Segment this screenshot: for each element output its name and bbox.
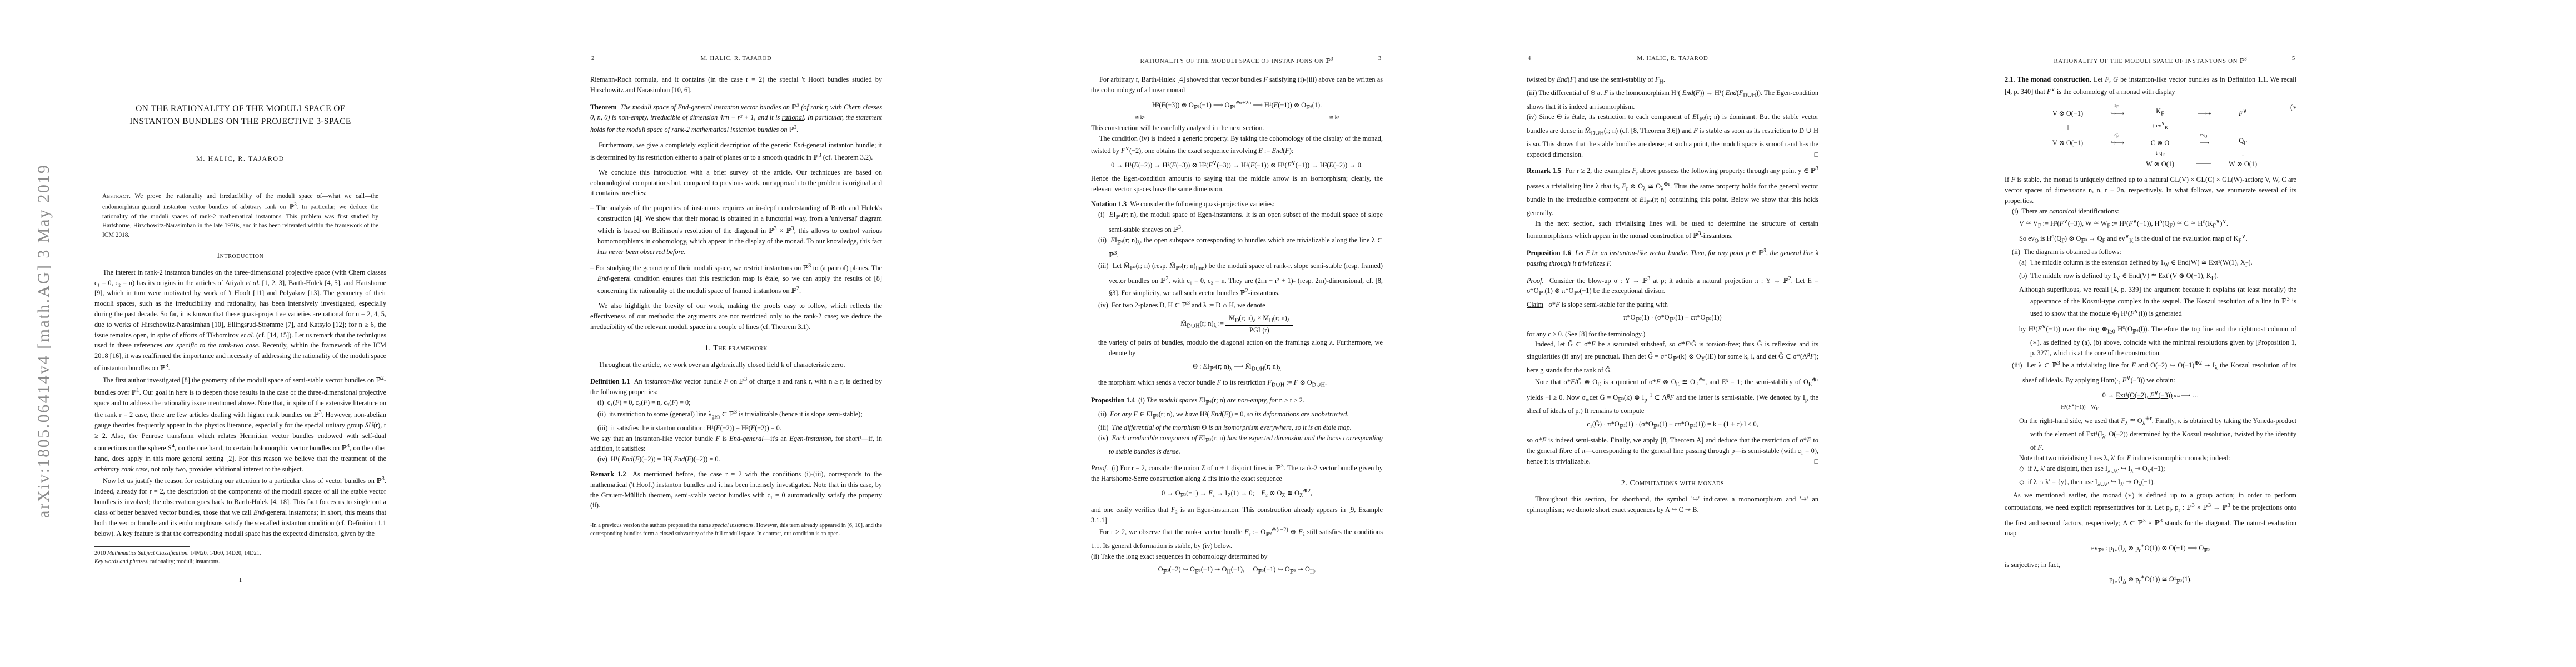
paper-authors: M. HALIC, R. TAJAROD bbox=[94, 153, 386, 164]
paragraph: Furthermore, we give a completely explic… bbox=[590, 140, 882, 163]
page-number: 3 bbox=[1378, 53, 1382, 64]
definition-item-iv: (iv) H¹( End(F)(−2)) = H²( End(F)(−2)) =… bbox=[590, 454, 882, 465]
notation-item-i: (i) EIℙ³(r; n), the moduli space of Egen… bbox=[1091, 210, 1383, 235]
paragraph: Note that two trivialising lines λ, λ′ f… bbox=[2005, 453, 2296, 464]
paper-title: ON THE RATIONALITY OF THE MODULI SPACE O… bbox=[94, 102, 386, 128]
epi-arrow-icon: ⟶↠ bbox=[2183, 109, 2224, 118]
definition-1-1: Definition 1.1 An instanton-like vector … bbox=[590, 375, 882, 397]
paragraph: the variety of pairs of bundles, modulo … bbox=[1091, 337, 1383, 359]
down-arrow-icon: ↓ bbox=[2224, 150, 2262, 160]
monad-equation: H²(F(−3)) ⊗ Oℙ³(−1) ⟶ Oℙ³⊕r+2n ⟶ H¹(F(−1… bbox=[1091, 98, 1383, 113]
paragraph: twisted by End(F) and use the semi-stabi… bbox=[1527, 74, 1818, 88]
running-head-title: M. HALIC, R. TAJAROD bbox=[700, 55, 771, 62]
equation-tag: (∗) bbox=[2290, 103, 2296, 112]
diagram-row-1: V ⊗ O(−1) εF↪⟶ KF ⟶↠ F∨ bbox=[2040, 103, 2262, 119]
running-head: 2 M. HALIC, R. TAJAROD bbox=[590, 53, 882, 62]
section-heading-computations: 2. Computations with monads bbox=[1527, 478, 1818, 489]
paragraph: (ii) Take the long exact sequences in co… bbox=[1091, 551, 1383, 562]
remark-1-2: Remark 1.2 As mentioned before, the case… bbox=[590, 469, 882, 511]
intro-paragraph-3: Now let us justify the reason for restri… bbox=[94, 474, 386, 539]
equal-bar-icon: ‖ bbox=[2040, 123, 2096, 132]
hartshorne-serre-equation: 0 → Oℙ³(−1) → F₂ → IZ(1) → 0; F₂ ⊗ OZ ≅ … bbox=[1091, 486, 1383, 501]
projection-formula-equation: pl∗(IΔ ⊗ pr∗O(1)) ≅ Ω¹ℙ³(1). bbox=[2005, 573, 2296, 588]
paragraph: Hence the Egen-condition amounts to sayi… bbox=[1091, 173, 1383, 195]
down-arrow-icon: ↓ ev∨K bbox=[2137, 118, 2183, 132]
diagram-row-4: ↓ q̃F ↓ bbox=[2040, 148, 2262, 160]
notation-item-iii: (iii) Let M̄ℙ²(r; n) (resp. M̄ℙ²(r; n)li… bbox=[1091, 261, 1383, 298]
underbrace-right: ≅ kⁿ bbox=[1285, 115, 1383, 121]
diagram-cell: V ⊗ O(−1) bbox=[2040, 138, 2096, 148]
bullet-item: – For studying the geometry of their mod… bbox=[590, 261, 882, 296]
paper-spread: arXiv:1805.06414v4 [math.AG] 3 May 2019 … bbox=[0, 0, 2576, 667]
theorem: Theorem The moduli space of End-general … bbox=[590, 101, 882, 136]
footnote-rule bbox=[590, 519, 686, 519]
mono-arrow-icon: εF↪⟶ bbox=[2096, 103, 2137, 119]
paragraph: We also highlight the brevity of our wor… bbox=[590, 301, 882, 332]
paragraph: and one easily verifies that F₂ is an Eg… bbox=[1091, 505, 1383, 526]
diagram-row-2: ‖ ↓ ev∨K bbox=[2040, 118, 2262, 132]
bullet-item: – The analysis of the properties of inst… bbox=[590, 203, 882, 257]
diagram-cell: QF bbox=[2224, 136, 2262, 148]
footnote-1: ¹In a previous version the authors propo… bbox=[590, 522, 882, 538]
paragraph: (iii) The differential of Θ at F is the … bbox=[1527, 88, 1818, 112]
double-line-icon: ═══ bbox=[2183, 160, 2224, 169]
notation-item-iv: (iv) For two 2-planes D, H ⊂ ℙ3 and λ :=… bbox=[1091, 298, 1383, 311]
section-heading-framework: 1. The framework bbox=[590, 343, 882, 354]
underbrace-ext: = H¹(F∨(−1)) = WF bbox=[2005, 402, 2151, 412]
paragraph: This construction will be carefully anal… bbox=[1091, 123, 1383, 133]
running-head-title: M. HALIC, R. TAJAROD bbox=[1637, 55, 1708, 62]
section-heading-introduction: Introduction bbox=[94, 251, 386, 261]
paragraph: For arbitrary r, Barth-Hulek [4] showed … bbox=[1091, 74, 1383, 96]
property-item-ii-a: (a) The middle column is the extension d… bbox=[2005, 257, 2296, 271]
paragraph: for any c > 0. (See [8] for the terminol… bbox=[1527, 329, 1818, 340]
diagram-cell: KF bbox=[2137, 107, 2183, 118]
diagram-cell: W ⊗ O(1) bbox=[2137, 160, 2183, 169]
paragraph: For r > 2, we observe that the rank-r ve… bbox=[1091, 525, 1383, 551]
paragraph: On the right-hand side, we used that Fλ … bbox=[2005, 414, 2296, 453]
underbrace-labels: ≅ kⁿ ≅ kⁿ bbox=[1091, 115, 1383, 121]
paragraph: Throughout this section, for shorthand, … bbox=[1527, 494, 1818, 515]
underbrace-labels: = H¹(F∨(−1)) = WF bbox=[2005, 402, 2296, 412]
proposition-item-iii: (iii) The differential of the morphism Θ… bbox=[1091, 422, 1383, 433]
running-head: 4 M. HALIC, R. TAJAROD bbox=[1527, 53, 1818, 62]
degree-computation-equation: c₁(G̃) · π*Oℙ²(1) · (σ*Oℙ³(1) + cπ*Oℙ²(1… bbox=[1527, 419, 1818, 432]
page-1: ON THE RATIONALITY OF THE MODULI SPACE O… bbox=[94, 53, 386, 667]
property-item-ii-note-cont: by H¹(F∨(−1)) over the ring ⊕l≥0 H⁰(Oℙ³(… bbox=[2005, 322, 2296, 359]
keywords-footnote: Key words and phrases. rationality; modu… bbox=[94, 558, 386, 566]
paragraph: the morphism which sends a vector bundle… bbox=[1091, 377, 1383, 391]
remark-1-5: Remark 1.5 For r ≥ 2, the examples Fr ab… bbox=[1527, 164, 1818, 218]
notation-1-3: Notation 1.3 We consider the following q… bbox=[1091, 199, 1383, 210]
paragraph: As we mentioned earlier, the monad (∗) i… bbox=[2005, 490, 2296, 539]
subsection-2-1: 2.1. The monad construction. Let F, G be… bbox=[2005, 74, 2296, 97]
underbrace-left: ≅ kⁿ bbox=[1091, 115, 1188, 121]
paragraph: If F is stable, the monad is uniquely de… bbox=[2005, 175, 2296, 206]
property-item-ii-b: (b) The middle row is defined by 1V ∈ En… bbox=[2005, 271, 2296, 284]
restriction-sequences-equation: Oℙ³(−2) ↪ Oℙ³(−1) ↠ OH(−1), Oℙ³(−1) ↪ Oℙ… bbox=[1091, 564, 1383, 578]
proof-paragraph: Proof. Consider the blow-up σ : Y → ℙ3 a… bbox=[1527, 274, 1818, 300]
property-item-i-cont: So evQ is H⁰(QF) ⊗ Oℙ³ → QF and ev∨K is … bbox=[2005, 232, 2296, 247]
proof-paragraph: Proof. (i) For r = 2, consider the union… bbox=[1091, 461, 1383, 484]
proposition-item-iv: (iv) Each irreducible component of EIℙ³(… bbox=[1091, 433, 1383, 457]
claim-line: Claim σ*F is slope semi-stable for the p… bbox=[1527, 300, 1818, 310]
paragraph: Throughout the article, we work over an … bbox=[590, 360, 882, 370]
diagram-row-3: V ⊗ O(−1) ε̃F↪⟶ C ⊗ O evQ⟶ QF bbox=[2040, 132, 2262, 148]
quotient-equation: M̄D∪H(r; n)λ := M̄D(r; n)λ × M̄H(r; n)λP… bbox=[1091, 313, 1383, 335]
property-item-i: (i) There are canonical identifications: bbox=[2005, 206, 2296, 217]
paragraph: We conclude this introduction with a bri… bbox=[590, 167, 882, 198]
paragraph: (iv) Since Θ is étale, its restriction t… bbox=[1527, 112, 1818, 160]
property-item-ii-note: Although superfluous, we recall [4, p. 3… bbox=[2005, 285, 2296, 322]
definition-item-i: (i) c₁(F) = 0, c₂(F) = n, c₃(F) = 0; bbox=[590, 397, 882, 408]
arrow-icon: evQ⟶ bbox=[2183, 132, 2224, 148]
running-head-title: RATIONALITY OF THE MODULI SPACE OF INSTA… bbox=[2054, 58, 2248, 64]
page-2: 2 M. HALIC, R. TAJAROD Riemann-Roch form… bbox=[590, 53, 882, 667]
property-item-ii: (ii) The diagram is obtained as follows: bbox=[2005, 247, 2296, 257]
abstract: Abstract. We prove the rationality and i… bbox=[94, 192, 386, 240]
paragraph: so σ*F is indeed semi-stable. Finally, w… bbox=[1527, 435, 1818, 466]
diagram-cell: V ⊗ O(−1) bbox=[2040, 109, 2096, 118]
running-head-title: RATIONALITY OF THE MODULI SPACE OF INSTA… bbox=[1140, 58, 1334, 64]
proposition-item-ii: (ii) For any F ∈ EIℙ³(r; n), we have H²(… bbox=[1091, 409, 1383, 422]
page-number: 5 bbox=[2292, 53, 2295, 64]
page-number: 2 bbox=[591, 53, 595, 64]
diagram-cell: W ⊗ O(1) bbox=[2224, 160, 2262, 169]
paragraph: The condition (iv) is indeed a generic p… bbox=[1091, 133, 1383, 156]
down-arrow-icon: ↓ q̃F bbox=[2137, 148, 2183, 160]
page-4: 4 M. HALIC, R. TAJAROD twisted by End(F)… bbox=[1527, 53, 1818, 667]
page-number: 1 bbox=[94, 575, 386, 586]
monad-display-diagram: V ⊗ O(−1) εF↪⟶ KF ⟶↠ F∨ ‖ ↓ ev∨K V ⊗ O(−… bbox=[2040, 103, 2262, 170]
theta-map-equation: Θ : EIℙ³(r; n)λ ⟶ M̄D∪H(r; n)λ bbox=[1091, 361, 1383, 375]
mono-arrow-icon: ε̃F↪⟶ bbox=[2096, 132, 2137, 148]
ext-equation: 0 → Ext¹(O(−2), F∨(−3)) κ≅⟶ … bbox=[2005, 389, 2296, 401]
paragraph: Indeed, let G̃ ⊂ σ*F be a saturated subs… bbox=[1527, 339, 1818, 375]
diagram-cell: F∨ bbox=[2224, 107, 2262, 118]
page-number: 4 bbox=[1528, 53, 1531, 64]
running-head: RATIONALITY OF THE MODULI SPACE OF INSTA… bbox=[2005, 53, 2296, 62]
proposition-1-4: Proposition 1.4 (i) The moduli spaces EI… bbox=[1091, 395, 1383, 409]
diamond-item: ◇ if λ ∩ λ′ = {y}, then use Iλ∪λ′ ↪ Iλ′ … bbox=[2005, 477, 2296, 490]
evaluation-map-equation: evℙ³ : pl∗(IΔ ⊗ pr∗O(1)) ⊗ O(−1) ⟶ Oℙ³ bbox=[2005, 541, 2296, 556]
underbrace-spacer bbox=[1188, 115, 1285, 121]
definition-item-ii: (ii) its restriction to some (general) l… bbox=[590, 407, 882, 422]
paragraph: Riemann-Roch formula, and it contains (i… bbox=[590, 74, 882, 96]
property-item-i-body: V ≅ VF := H²(F∨(−3)), W ≅ WF := H¹(F∨(−1… bbox=[2005, 217, 2296, 232]
arxiv-stamp: arXiv:1805.06414v4 [math.AG] 3 May 2019 bbox=[34, 164, 53, 518]
paragraph: We say that an instanton-like vector bun… bbox=[590, 434, 882, 455]
polarisation-equation: π*Oℙ²(1) · (σ*Oℙ³(1) + cπ*Oℙ²(1)) bbox=[1527, 312, 1818, 326]
underbrace-spacer bbox=[2151, 402, 2297, 412]
paragraph: In the next section, such trivialising l… bbox=[1527, 218, 1818, 241]
notation-item-ii: (ii) EIℙ³(r; n)λ, the open subspace corr… bbox=[1091, 235, 1383, 261]
exact-sequence-equation: 0 → H¹(E(−2)) → H²(F(−3)) ⊗ H²(F∨(−3)) →… bbox=[1091, 158, 1383, 171]
property-item-iii: (iii) Let λ ⊂ ℙ3 be a trivialising line … bbox=[2005, 359, 2296, 386]
footnote-rule bbox=[94, 546, 190, 547]
definition-item-iii: (iii) it satisfies the instanton conditi… bbox=[590, 423, 882, 434]
page-3: RATIONALITY OF THE MODULI SPACE OF INSTA… bbox=[1091, 53, 1383, 667]
page-5: RATIONALITY OF THE MODULI SPACE OF INSTA… bbox=[2005, 53, 2296, 667]
msc-footnote: 2010 Mathematics Subject Classification.… bbox=[94, 550, 386, 558]
paragraph: Note that σ*F/G̃ ⊗ OE is a quotient of σ… bbox=[1527, 375, 1818, 416]
running-head: RATIONALITY OF THE MODULI SPACE OF INSTA… bbox=[1091, 53, 1383, 62]
diagram-cell: C ⊗ O bbox=[2137, 138, 2183, 148]
diamond-item: ◇ if λ, λ′ are disjoint, then use Iλ∪λ′ … bbox=[2005, 464, 2296, 477]
paragraph: is surjective; in fact, bbox=[2005, 560, 2296, 570]
diagram-row-5: W ⊗ O(1) ═══ W ⊗ O(1) bbox=[2040, 160, 2262, 169]
intro-paragraph-2: The first author investigated [8] the ge… bbox=[94, 374, 386, 475]
intro-paragraph-1: The interest in rank-2 instanton bundles… bbox=[94, 267, 386, 374]
proposition-1-6: Proposition 1.6 Let F be an instanton-li… bbox=[1527, 246, 1818, 269]
